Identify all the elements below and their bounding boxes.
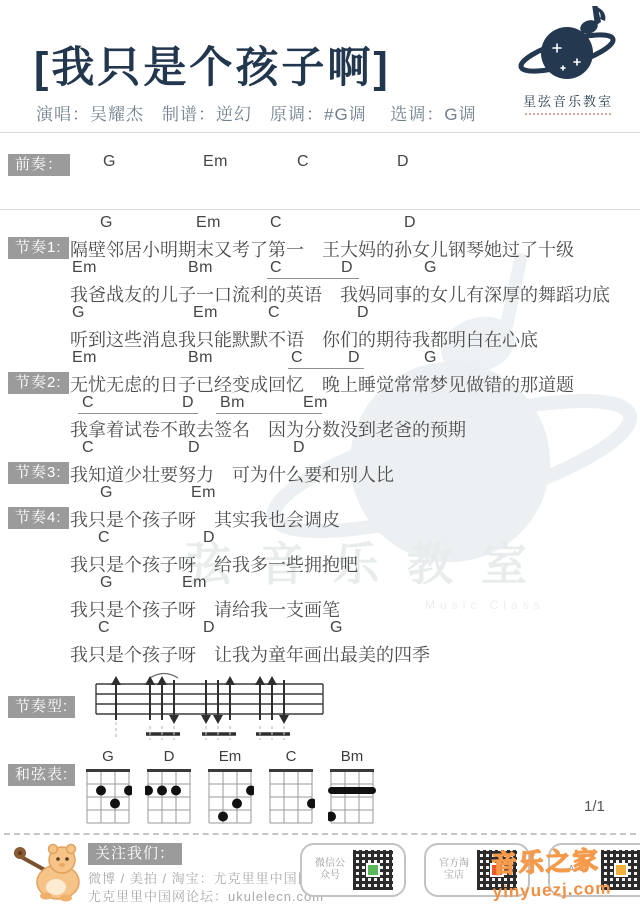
chord-label: Em (72, 349, 97, 367)
studio-logo: 星弦音乐教室 (505, 6, 631, 118)
chord-label: G (72, 304, 85, 322)
chord-row: CDD (0, 439, 640, 461)
chord-label: Em (203, 153, 228, 171)
chord-label: G (103, 153, 116, 171)
chord-row: EmBmCDG (0, 259, 640, 281)
lyric-row: 无忧无虑的日子已经变成回忆 晚上睡觉常常梦见做错的那道题 (0, 371, 640, 394)
chord-diagram: Bm (328, 748, 376, 833)
page-number: 1/1 (584, 798, 605, 815)
footer-social-line: 微博 / 美拍 / 淘宝：尤克里里中国网 (88, 868, 312, 887)
chord-row: CDG (0, 619, 640, 641)
chord-row: CD (0, 529, 640, 551)
chord-label: C (98, 619, 110, 637)
chord-row: GEmCD (0, 304, 640, 326)
studio-tagline-line (525, 113, 611, 115)
chord-label: D (341, 259, 353, 277)
chord-label: Em (182, 574, 207, 592)
qr-code-icon (353, 850, 393, 890)
chord-label: G (424, 349, 437, 367)
chord-label: C (291, 349, 303, 367)
chord-underline (78, 413, 198, 414)
studio-name: 星弦音乐教室 (505, 91, 631, 110)
mascot-ukulele-hamster-icon (10, 838, 86, 902)
chord-label: G (100, 484, 113, 502)
fretboard-icon (267, 766, 315, 828)
lyric-row: 隔壁邻居小明期末又考了第一 王大妈的孙女儿钢琴她过了十级 (0, 236, 640, 259)
chord-row: EmBmCDG (0, 349, 640, 371)
qr-box-label: 官方淘宝店 (437, 858, 471, 882)
lyric-row: 我爸战友的儿子一口流利的英语 我妈同事的女儿有深厚的舞蹈功底 (0, 281, 640, 304)
chord-label: Bm (188, 349, 213, 367)
chord-table-badge: 和弦表: (8, 764, 75, 786)
rhythm-pattern-block: 节奏型: (0, 668, 640, 748)
lyric-row: 我只是个孩子呀 让我为童年画出最美的四季 (0, 641, 640, 664)
chord-label: C (82, 394, 94, 412)
chord-label: Em (193, 304, 218, 322)
chord-label: Em (191, 484, 216, 502)
lyric-row: 我知道少壮要努力 可为什么要和别人比 (0, 461, 640, 484)
lyric-row: 我拿着试卷不敢去签名 因为分数没到老爸的预期 (0, 416, 640, 439)
chord-label: C (270, 259, 282, 277)
divider (0, 132, 640, 133)
chord-diagram-name: C (267, 748, 315, 766)
chord-label: G (100, 214, 113, 232)
fretboard-icon (84, 766, 132, 828)
song-title: [我只是个孩子啊] (34, 34, 391, 95)
site-watermark-brand: 音乐之家 (491, 839, 640, 880)
section-badge: 节奏2: (8, 372, 69, 394)
chord-label: D (404, 214, 416, 232)
song-section: 节奏1:GEmCD隔壁邻居小明期末又考了第一 王大妈的孙女儿钢琴她过了十级EmB… (0, 214, 640, 349)
chord-label: G (100, 574, 113, 592)
chord-label: C (297, 153, 309, 171)
chord-diagram-name: Em (206, 748, 254, 766)
dashed-divider (4, 833, 636, 835)
lyric-row: 我只是个孩子呀 请给我一支画笔 (0, 596, 640, 619)
chord-diagram: C (267, 748, 315, 833)
chord-label: D (357, 304, 369, 322)
chord-underline (267, 278, 359, 279)
qr-box: 微信公众号 (300, 843, 406, 897)
chord-underline (216, 413, 322, 414)
chord-label: C (270, 214, 282, 232)
planet-note-icon (505, 6, 631, 88)
chord-label: D (182, 394, 194, 412)
footer-forum-line: 尤克里里中国网论坛：ukulelecn.com (88, 886, 324, 905)
fretboard-icon (328, 766, 376, 828)
chord-underline (288, 368, 364, 369)
chord-label: D (188, 439, 200, 457)
chord-label: Em (303, 394, 328, 412)
divider (0, 209, 640, 210)
chord-label: Em (72, 259, 97, 277)
chord-label: Bm (220, 394, 245, 412)
lyric-row: 我只是个孩子呀 给我多一些拥抱吧 (0, 551, 640, 574)
chord-diagram: G (84, 748, 132, 833)
chord-row: GEm (0, 574, 640, 596)
credits-line: 演唱：吴耀杰 制谱：逆幻 原调：#G调 选调：G调 (36, 100, 477, 125)
chord-label: G (424, 259, 437, 277)
song-section: 节奏4:GEm我只是个孩子呀 其实我也会调皮CD我只是个孩子呀 给我多一些拥抱吧… (0, 484, 640, 664)
chord-diagram-row: GDEmCBm (84, 748, 376, 833)
song-section: 节奏2:EmBmCDG无忧无虑的日子已经变成回忆 晚上睡觉常常梦见做错的那道题C… (0, 349, 640, 439)
chord-diagram-name: Bm (328, 748, 376, 766)
strum-pattern-icon (88, 668, 338, 748)
rhythm-badge: 节奏型: (8, 696, 75, 718)
chord-label: Em (196, 214, 221, 232)
song-section: 节奏3:CDD我知道少壮要努力 可为什么要和别人比 (0, 439, 640, 484)
chord-label: D (397, 153, 409, 171)
lyric-row: 我只是个孩子呀 其实我也会调皮 (0, 506, 640, 529)
chord-label: C (268, 304, 280, 322)
chord-label: C (98, 529, 110, 547)
chord-label: D (203, 529, 215, 547)
lyric-row: 听到这些消息我只能默默不语 你们的期待我都明白在心底 (0, 326, 640, 349)
chord-label: D (293, 439, 305, 457)
chord-diagram: Em (206, 748, 254, 833)
chord-diagram-name: G (84, 748, 132, 766)
chord-sheet-page: 弦音乐教室 Music Class [我只是个孩子啊] 演唱：吴耀杰 制谱：逆幻… (0, 0, 640, 905)
chord-label: Bm (188, 259, 213, 277)
follow-us-badge: 关注我们： (88, 843, 182, 865)
chord-table-block: 和弦表: GDEmCBm (0, 748, 640, 834)
fretboard-icon (145, 766, 193, 828)
intro-row: 前奏： GEmCD (0, 150, 640, 184)
fretboard-icon (206, 766, 254, 828)
chord-row: GEmCD (0, 214, 640, 236)
chord-diagram: D (145, 748, 193, 833)
section-badge: 节奏1: (8, 237, 69, 259)
site-watermark: 音乐之家 yinyuezj.com (491, 839, 640, 902)
intro-chord-row: GEmCD (0, 153, 640, 177)
chord-label: D (203, 619, 215, 637)
lyric-line: 我只是个孩子呀 让我为童年画出最美的四季 (70, 641, 430, 667)
section-badge: 节奏4: (8, 507, 69, 529)
chord-row: GEm (0, 484, 640, 506)
song-body: 节奏1:GEmCD隔壁邻居小明期末又考了第一 王大妈的孙女儿钢琴她过了十级EmB… (0, 214, 640, 664)
chord-label: D (348, 349, 360, 367)
section-badge: 节奏3: (8, 462, 69, 484)
chord-row: CDBmEm (0, 394, 640, 416)
chord-label: C (82, 439, 94, 457)
chord-label: G (330, 619, 343, 637)
qr-box-label: 微信公众号 (313, 858, 347, 882)
chord-diagram-name: D (145, 748, 193, 766)
